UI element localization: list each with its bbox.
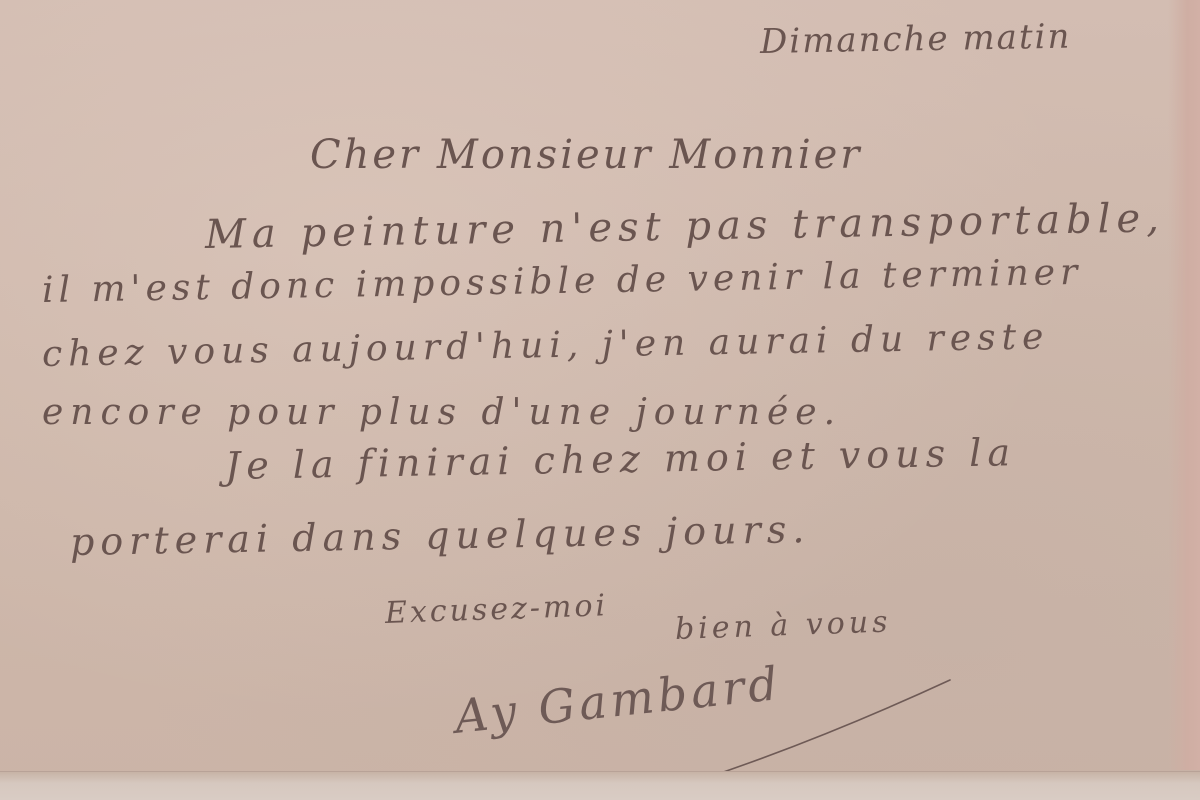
body-line-4: encore pour plus d'une journée. [42, 392, 842, 433]
closing-apology: Excusez-moi [384, 588, 608, 631]
date-line: Dimanche matin [760, 17, 1072, 62]
salutation: Cher Monsieur Monnier [310, 132, 862, 178]
body-line-1: Ma peinture n'est pas transportable, [205, 195, 1166, 258]
letter-paper: Dimanche matin Cher Monsieur Monnier Ma … [0, 0, 1200, 800]
paper-bottom-edge [0, 771, 1200, 800]
paper-right-edge [1168, 0, 1200, 770]
body-line-3: chez vous aujourd'hui, j'en aurai du res… [42, 316, 1050, 375]
closing-regards: bien à vous [674, 604, 892, 647]
body-line-2: il m'est donc impossible de venir la ter… [42, 252, 1083, 311]
body-line-6: porterai dans quelques jours. [70, 507, 811, 564]
body-line-5: Je la finirai chez moi et vous la [225, 430, 1017, 488]
